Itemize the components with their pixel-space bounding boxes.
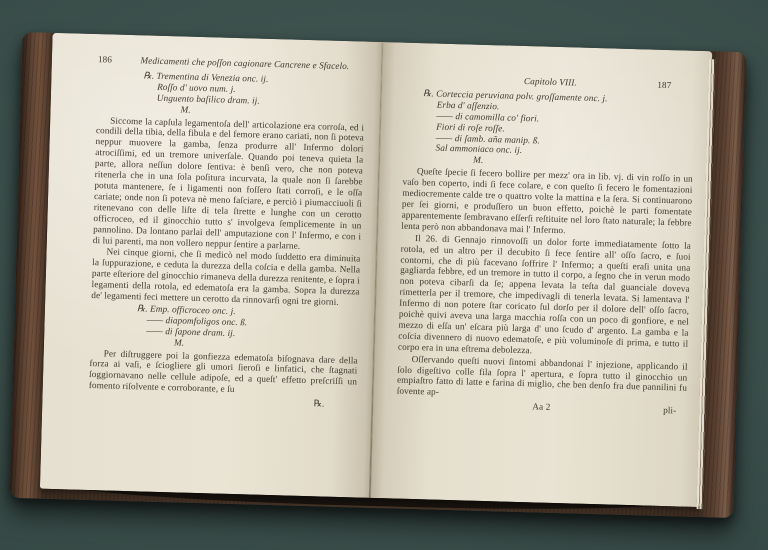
gathering-signature: Aa 2 bbox=[532, 402, 550, 412]
open-book: 186 Medicamenti che poſſon cagionare Can… bbox=[10, 32, 747, 518]
catchword-text: ℞. bbox=[314, 398, 325, 408]
book-pages: 186 Medicamenti che poſſon cagionare Can… bbox=[40, 33, 712, 507]
page-right-text-column: Capitolo VIII. 187 ℞. Corteccia peruvian… bbox=[370, 42, 713, 507]
recipe-block-3: ℞. Corteccia peruviana polv. groſſamente… bbox=[403, 88, 695, 172]
body-paragraph: Siccome la capſula legamentoſa dell' art… bbox=[93, 115, 365, 253]
recipe-block-2: ℞. Emp. officroceo onc. j. —— diapomfoli… bbox=[90, 302, 359, 353]
body-paragraph: Il 26. di Gennajo rinnovoſſi un dolor fo… bbox=[398, 232, 691, 360]
recipe-block-1: ℞. Trementina di Venezia onc. ij. Roſſo … bbox=[96, 69, 365, 120]
catchword-right: pli- bbox=[663, 405, 676, 416]
body-paragraph: Nei cinque giorni, che ſi medicò nel mod… bbox=[91, 246, 360, 308]
body-paragraph: Per diſtruggere poi la gonfiezza edemato… bbox=[89, 348, 358, 399]
page-right: Capitolo VIII. 187 ℞. Corteccia peruvian… bbox=[370, 42, 713, 507]
page-number-left: 186 bbox=[98, 54, 112, 65]
page-left: 186 Medicamenti che poſſon cagionare Can… bbox=[40, 33, 383, 498]
page-number-right: 187 bbox=[657, 80, 671, 91]
body-paragraph: Oſſervando queſti nuovi ſintomi abbandon… bbox=[397, 353, 688, 405]
body-paragraph: Queſte ſpecie ſi fecero bollire per mezz… bbox=[401, 166, 693, 240]
page-left-text-column: 186 Medicamenti che poſſon cagionare Can… bbox=[40, 33, 383, 498]
running-title-right: Capitolo VIII. bbox=[524, 76, 577, 87]
